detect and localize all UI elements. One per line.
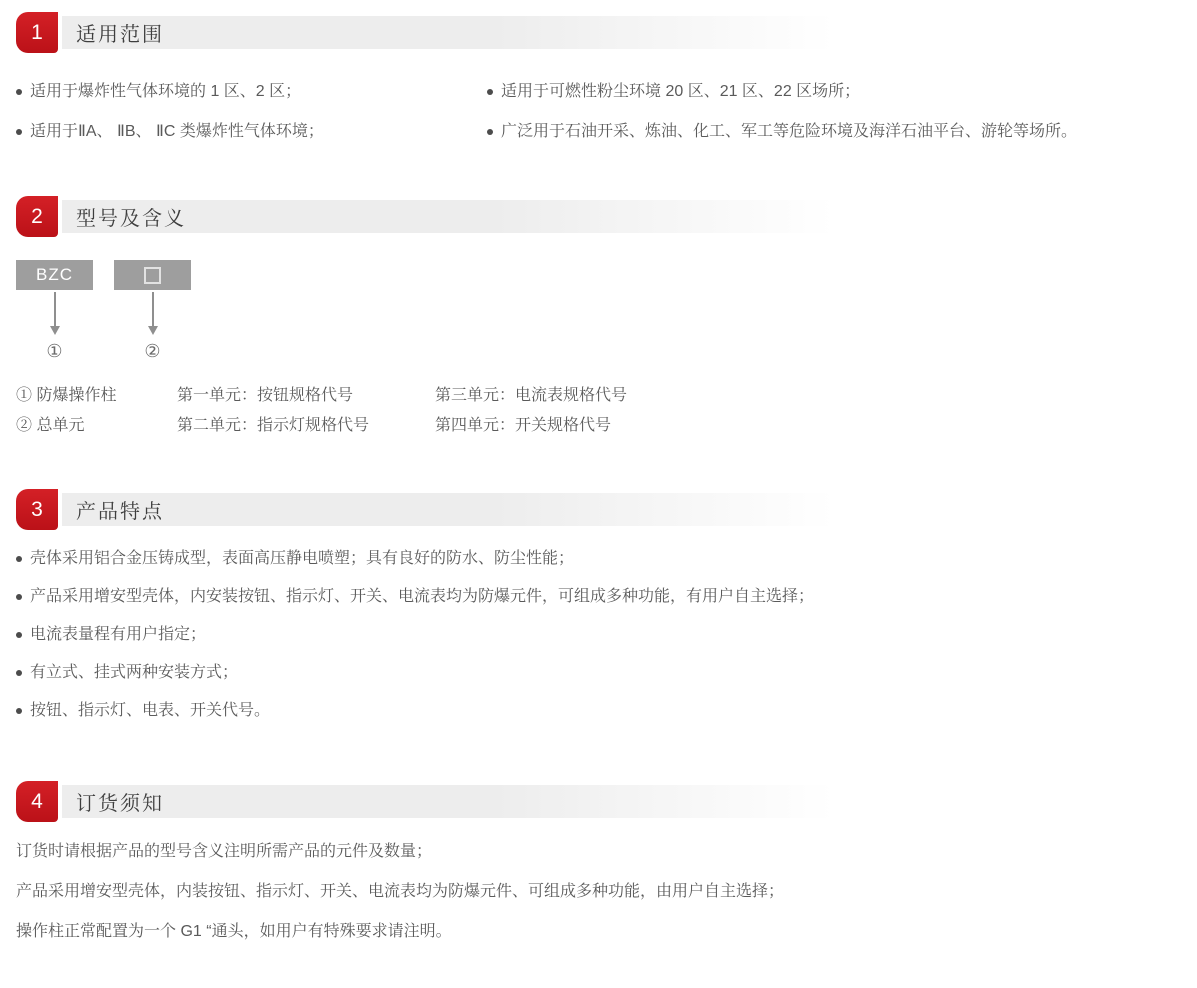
list-item: 适用于ⅡA、 ⅡB、 ⅡC 类爆炸性气体环境； bbox=[16, 120, 487, 144]
bullet-dot-icon bbox=[16, 129, 22, 135]
list-item: 壳体采用铝合金压铸成型，表面高压静电喷塑；具有良好的防水、防尘性能； bbox=[16, 547, 1181, 571]
bullet-dot-icon bbox=[16, 670, 22, 676]
section-2-header: 2 型号及含义 bbox=[16, 196, 1181, 237]
list-item: 电流表量程有用户指定； bbox=[16, 623, 1181, 647]
bullet-text: 按钮、指示灯、电表、开关代号。 bbox=[30, 699, 270, 723]
section-1-title-bar: 适用范围 bbox=[62, 16, 850, 49]
legend-entry: 第一单元：按钮规格代号 bbox=[177, 381, 435, 411]
bullet-dot-icon bbox=[487, 129, 493, 135]
section-4-header: 4 订货须知 bbox=[16, 781, 1181, 822]
legend-entry: 第二单元：指示灯规格代号 bbox=[177, 411, 435, 441]
list-item: 有立式、挂式两种安装方式； bbox=[16, 661, 1181, 685]
bullet-dot-icon bbox=[16, 594, 22, 600]
section-1-title: 适用范围 bbox=[62, 18, 164, 47]
model-code-diagram: BZC ① ② bbox=[16, 260, 1181, 363]
section-3-title-bar: 产品特点 bbox=[62, 493, 850, 526]
bullet-text: 产品采用增安型壳体，内安装按钮、指示灯、开关、电流表均为防爆元件，可组成多种功能… bbox=[30, 585, 814, 609]
bullet-text: 适用于ⅡA、 ⅡB、 ⅡC 类爆炸性气体环境； bbox=[30, 120, 324, 144]
bullet-text: 壳体采用铝合金压铸成型，表面高压静电喷塑；具有良好的防水、防尘性能； bbox=[30, 547, 574, 571]
legend-entry: ① 防爆操作柱 bbox=[16, 381, 177, 411]
list-item: 适用于可燃性粉尘环境 20 区、21 区、22 区场所； bbox=[487, 80, 1181, 104]
circled-number-2: ② bbox=[144, 341, 160, 363]
section-2-title-bar: 型号及含义 bbox=[62, 200, 850, 233]
list-row: 适用于爆炸性气体环境的 1 区、2 区； 适用于可燃性粉尘环境 20 区、21 … bbox=[16, 80, 1181, 104]
bullet-dot-icon bbox=[16, 89, 22, 95]
model-placeholder-box bbox=[114, 260, 191, 290]
legend-column-units-a: 第一单元：按钮规格代号 第二单元：指示灯规格代号 bbox=[177, 381, 435, 441]
list-item: 适用于爆炸性气体环境的 1 区、2 区； bbox=[16, 80, 487, 104]
bullet-text: 有立式、挂式两种安装方式； bbox=[30, 661, 238, 685]
bullet-dot-icon bbox=[16, 708, 22, 714]
section-3-number-badge: 3 bbox=[16, 489, 58, 530]
legend-column-units-b: 第三单元：电流表规格代号 第四单元：开关规格代号 bbox=[435, 381, 627, 441]
list-item: 广泛用于石油开采、炼油、化工、军工等危险环境及海洋石油平台、游轮等场所。 bbox=[487, 120, 1181, 144]
circled-number-1: ① bbox=[46, 341, 62, 363]
model-code-segment-1: BZC ① bbox=[16, 260, 93, 363]
section-4-title: 订货须知 bbox=[62, 787, 164, 816]
catalog-page: 1 适用范围 适用于爆炸性气体环境的 1 区、2 区； 适用于可燃性粉尘环境 2… bbox=[0, 0, 1197, 988]
section-4-number-badge: 4 bbox=[16, 781, 58, 822]
model-code-segment-2: ② bbox=[114, 260, 191, 363]
bullet-text: 适用于爆炸性气体环境的 1 区、2 区； bbox=[30, 80, 301, 104]
section-1-number-badge: 1 bbox=[16, 12, 58, 53]
model-code-legend: ① 防爆操作柱 ② 总单元 第一单元：按钮规格代号 第二单元：指示灯规格代号 第… bbox=[16, 381, 1181, 441]
bullet-text: 电流表量程有用户指定； bbox=[30, 623, 206, 647]
down-arrow-icon bbox=[148, 326, 158, 335]
bullet-dot-icon bbox=[16, 632, 22, 638]
paragraph: 操作柱正常配置为一个 G1 “通头，如用户有特殊要求请注明。 bbox=[16, 920, 1181, 944]
legend-entry: 第四单元：开关规格代号 bbox=[435, 411, 627, 441]
section-1-bullet-list: 适用于爆炸性气体环境的 1 区、2 区； 适用于可燃性粉尘环境 20 区、21 … bbox=[16, 80, 1181, 144]
section-3-header: 3 产品特点 bbox=[16, 489, 1181, 530]
bullet-text: 适用于可燃性粉尘环境 20 区、21 区、22 区场所； bbox=[501, 80, 860, 104]
legend-entry: 第三单元：电流表规格代号 bbox=[435, 381, 627, 411]
section-2-number-badge: 2 bbox=[16, 196, 58, 237]
list-item: 按钮、指示灯、电表、开关代号。 bbox=[16, 699, 1181, 723]
paragraph: 产品采用增安型壳体，内装按钮、指示灯、开关、电流表均为防爆元件、可组成多种功能，… bbox=[16, 880, 1181, 904]
down-arrow-icon bbox=[50, 326, 60, 335]
section-4-title-bar: 订货须知 bbox=[62, 785, 850, 818]
section-3-title: 产品特点 bbox=[62, 495, 164, 524]
section-2-title: 型号及含义 bbox=[62, 202, 186, 231]
legend-column-marks: ① 防爆操作柱 ② 总单元 bbox=[16, 381, 177, 441]
bullet-dot-icon bbox=[16, 556, 22, 562]
section-4-paragraphs: 订货时请根据产品的型号含义注明所需产品的元件及数量； 产品采用增安型壳体，内装按… bbox=[16, 840, 1181, 944]
down-arrow-line bbox=[54, 292, 56, 326]
bullet-dot-icon bbox=[487, 89, 493, 95]
down-arrow-line bbox=[152, 292, 154, 326]
section-3-bullet-list: 壳体采用铝合金压铸成型，表面高压静电喷塑；具有良好的防水、防尘性能； 产品采用增… bbox=[16, 547, 1181, 723]
placeholder-square-icon bbox=[144, 267, 161, 284]
list-row: 适用于ⅡA、 ⅡB、 ⅡC 类爆炸性气体环境； 广泛用于石油开采、炼油、化工、军… bbox=[16, 120, 1181, 144]
list-item: 产品采用增安型壳体，内安装按钮、指示灯、开关、电流表均为防爆元件，可组成多种功能… bbox=[16, 585, 1181, 609]
bullet-text: 广泛用于石油开采、炼油、化工、军工等危险环境及海洋石油平台、游轮等场所。 bbox=[501, 120, 1077, 144]
paragraph: 订货时请根据产品的型号含义注明所需产品的元件及数量； bbox=[16, 840, 1181, 864]
legend-entry: ② 总单元 bbox=[16, 411, 177, 441]
section-1-header: 1 适用范围 bbox=[16, 12, 1181, 53]
model-prefix-box: BZC bbox=[16, 260, 93, 290]
